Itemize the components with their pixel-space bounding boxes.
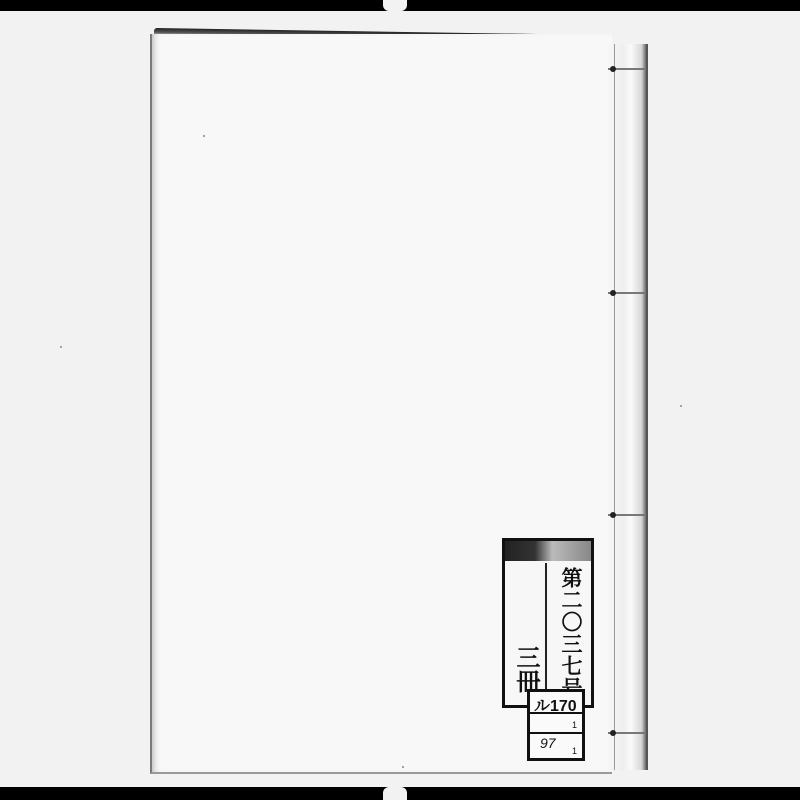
film-notch-bottom <box>383 787 407 800</box>
binding-stitch <box>608 732 646 734</box>
catalog-number: 第二〇三七号 <box>551 567 591 699</box>
shelf-number: 97 <box>540 735 556 751</box>
tag-mark: 1 <box>572 720 577 730</box>
scan-speck <box>402 766 404 768</box>
call-number-tag: ル170 1 97 1 <box>527 689 585 761</box>
volume-mark: 三冊 <box>511 645 541 693</box>
film-border-bottom <box>0 787 800 800</box>
tag-row-shelf: 97 1 <box>530 734 582 758</box>
binding-stitch <box>608 292 646 294</box>
label-header-band <box>505 541 591 561</box>
binding-stitch <box>608 514 646 516</box>
spine-fold-line <box>614 44 615 770</box>
call-number: ル170 <box>534 693 577 716</box>
film-notch-top <box>383 0 407 11</box>
library-label: 第二〇三七号 三冊 <box>502 538 594 708</box>
scan-speck <box>60 346 62 348</box>
tag-row-call-number: ル170 <box>530 692 582 714</box>
scan-speck <box>203 135 205 137</box>
label-divider <box>545 563 547 703</box>
book-spine <box>608 44 648 770</box>
scan-speck <box>680 405 682 407</box>
tag-row-blank: 1 <box>530 714 582 734</box>
binding-stitch <box>608 68 646 70</box>
film-border-top <box>0 0 800 11</box>
tag-mark: 1 <box>572 746 577 756</box>
